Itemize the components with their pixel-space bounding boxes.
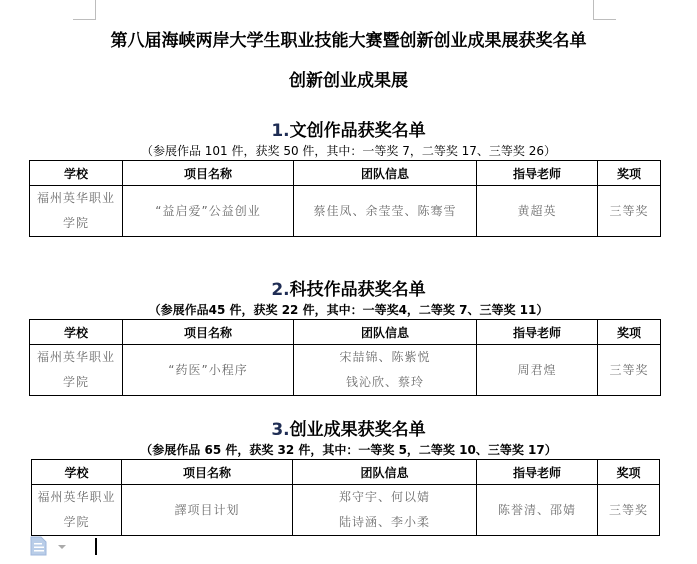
table-row: 福州英华职业学院 譯项目计划 郑守宇、何以婧陆诗涵、李小柔 陈誉清、邵婧 三等奖 — [32, 485, 660, 536]
cell-advisor: 陈誉清、邵婧 — [477, 485, 598, 536]
table-row: 福州英华职业学院 “药医”小程序 宋喆锦、陈紫悦钱沁欣、蔡玲 周君煌 三等奖 — [30, 345, 661, 396]
paste-options-dropdown-icon[interactable] — [58, 545, 66, 549]
cell-project: “药医”小程序 — [123, 345, 294, 396]
cell-advisor: 黄超英 — [477, 186, 598, 237]
section-3-summary: （参展作品 65 件，获奖 32 件，其中：一等奖 5，二等奖 10、三等奖 1… — [0, 441, 697, 458]
header-team: 团队信息 — [294, 320, 477, 345]
header-project: 项目名称 — [122, 460, 293, 485]
cell-team: 郑守宇、何以婧陆诗涵、李小柔 — [293, 485, 477, 536]
section-2-table: 学校 项目名称 团队信息 指导老师 奖项 福州英华职业学院 “药医”小程序 宋喆… — [29, 319, 661, 396]
cell-project: “益启爱”公益创业 — [123, 186, 294, 237]
text-cursor — [95, 538, 97, 555]
cell-advisor: 周君煌 — [477, 345, 598, 396]
header-advisor: 指导老师 — [477, 161, 598, 186]
header-award: 奖项 — [598, 161, 661, 186]
document-subtitle: 创新创业成果展 — [0, 66, 697, 91]
cell-school: 福州英华职业学院 — [32, 485, 122, 536]
cell-team: 蔡佳凤、余莹莹、陈骞雪 — [294, 186, 477, 237]
table-header-row: 学校 项目名称 团队信息 指导老师 奖项 — [32, 460, 660, 485]
section-1-table: 学校 项目名称 团队信息 指导老师 奖项 福州英华职业学院 “益启爱”公益创业 … — [29, 160, 661, 237]
header-team: 团队信息 — [293, 460, 477, 485]
header-school: 学校 — [30, 320, 123, 345]
cell-award: 三等奖 — [598, 485, 660, 536]
header-advisor: 指导老师 — [477, 460, 598, 485]
cell-school: 福州英华职业学院 — [30, 345, 123, 396]
document-title: 第八届海峡两岸大学生职业技能大赛暨创新创业成果展获奖名单 — [0, 26, 697, 51]
header-advisor: 指导老师 — [477, 320, 598, 345]
paste-options-icon[interactable] — [30, 536, 47, 556]
header-award: 奖项 — [598, 320, 661, 345]
table-header-row: 学校 项目名称 团队信息 指导老师 奖项 — [30, 320, 661, 345]
section-3-table: 学校 项目名称 团队信息 指导老师 奖项 福州英华职业学院 譯项目计划 郑守宇、… — [31, 459, 660, 536]
header-school: 学校 — [30, 161, 123, 186]
cell-team: 宋喆锦、陈紫悦钱沁欣、蔡玲 — [294, 345, 477, 396]
cell-award: 三等奖 — [598, 186, 661, 237]
table-row: 福州英华职业学院 “益启爱”公益创业 蔡佳凤、余莹莹、陈骞雪 黄超英 三等奖 — [30, 186, 661, 237]
section-3-title: 3.创业成果获奖名单 — [0, 415, 697, 440]
cell-award: 三等奖 — [598, 345, 661, 396]
section-2-summary: （参展作品45 件，获奖 22 件，其中：一等奖4，二等奖 7、三等奖 11） — [0, 301, 697, 318]
section-1-title: 1.文创作品获奖名单 — [0, 116, 697, 141]
section-2-title: 2.科技作品获奖名单 — [0, 275, 697, 300]
table-header-row: 学校 项目名称 团队信息 指导老师 奖项 — [30, 161, 661, 186]
section-1-summary: （参展作品 101 件，获奖 50 件，其中：一等奖 7，二等奖 17、三等奖 … — [0, 142, 697, 159]
header-project: 项目名称 — [123, 320, 294, 345]
cell-school: 福州英华职业学院 — [30, 186, 123, 237]
header-school: 学校 — [32, 460, 122, 485]
cell-project: 譯项目计划 — [122, 485, 293, 536]
header-team: 团队信息 — [294, 161, 477, 186]
header-project: 项目名称 — [123, 161, 294, 186]
header-award: 奖项 — [598, 460, 660, 485]
